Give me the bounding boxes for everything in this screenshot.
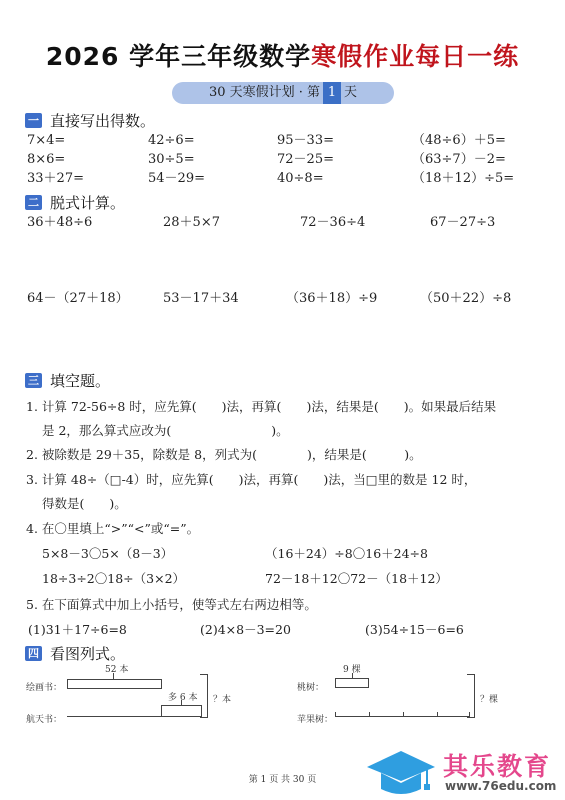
calc-row: 36＋48÷6 28＋5×7 72－36÷4 67－27÷3 <box>0 214 565 232</box>
day-number: 1 <box>323 82 341 104</box>
row-label: 绘画书： <box>26 680 62 693</box>
section-title: 填空题。 <box>50 370 110 391</box>
day-plan-badge: 30 天寒假计划 · 第1天 <box>172 82 394 104</box>
problem: 64－（27＋18） <box>27 290 129 308</box>
problem: 53－17＋34 <box>163 290 239 308</box>
calc-row: 64－（27＋18） 53－17＋34 （36＋18）÷9 （50＋22）÷8 <box>0 290 565 308</box>
problem: 36＋48÷6 <box>27 214 92 232</box>
compare-item: 72－18＋12〇72－（18＋12） <box>265 570 448 588</box>
problem: 72－36÷4 <box>300 214 365 232</box>
section-3-header: 三 填空题。 <box>25 370 110 390</box>
total-label: ？棵 <box>480 692 498 705</box>
total-brace <box>200 674 208 718</box>
section-title: 看图列式。 <box>50 643 125 664</box>
question-1-line-1: 1. 计算 72-56÷8 时，应先算( )法，再算( )法，结果是( )。如果… <box>26 398 496 416</box>
graduation-cap-icon <box>365 745 440 797</box>
section-4-header: 四 看图列式。 <box>25 643 125 663</box>
problem: 8×6= <box>27 151 65 169</box>
compare-item: 5×8－3〇5×（8－3） <box>42 545 173 563</box>
tick <box>335 712 336 717</box>
section-2-header: 二 脱式计算。 <box>25 192 125 212</box>
problem: 30÷5= <box>148 151 195 169</box>
problem: 33＋27= <box>27 170 84 188</box>
problem: 67－27÷3 <box>430 214 495 232</box>
question-3-line-1: 3. 计算 48÷（□-4）时，应先算( )法，再算( )法，当□里的数是 12… <box>26 471 476 489</box>
problem: 40÷8= <box>277 170 324 188</box>
painting-book-bar <box>67 679 162 689</box>
problem: （63÷7）－2= <box>412 151 506 169</box>
problem: 54－29= <box>148 170 205 188</box>
brand-logo: 其乐教育 www.76edu.com <box>365 745 565 800</box>
pill-suffix: 天 <box>344 85 357 100</box>
bracket-item: (1)31＋17÷6=8 <box>28 621 127 639</box>
bracket-item: (2)4×8－3=20 <box>200 621 291 639</box>
logo-name: 其乐教育 <box>443 747 551 783</box>
compare-item: 18÷3÷2〇18÷（3×2） <box>42 570 185 588</box>
total-brace <box>467 674 475 718</box>
calc-row: 7×4= 42÷6= 95－33= （48÷6）＋5= <box>0 132 565 150</box>
section-title: 脱式计算。 <box>50 192 125 213</box>
row-label: 航天书： <box>26 712 62 725</box>
section-number-icon: 一 <box>25 113 42 128</box>
calc-row: 8×6= 30÷5= 72－25= （63÷7）－2= <box>0 151 565 169</box>
row-label: 桃树： <box>297 680 324 693</box>
extra-segment <box>161 705 202 717</box>
title-black-part: 2026 学年三年级数学 <box>46 42 311 71</box>
problem: 72－25= <box>277 151 334 169</box>
question-3-line-2: 得数是( )。 <box>42 495 127 513</box>
calc-row: 33＋27= 54－29= 40÷8= （18＋12）÷5= <box>0 170 565 188</box>
section-number-icon: 二 <box>25 195 42 210</box>
question-4-title: 4. 在〇里填上“>”“<”或“=”。 <box>26 520 199 538</box>
problem: （18＋12）÷5= <box>412 170 514 188</box>
pill-prefix: 30 天寒假计划 · 第 <box>209 85 320 100</box>
problem: 95－33= <box>277 132 334 150</box>
tick <box>437 712 438 717</box>
bracket-item: (3)54÷15－6=6 <box>365 621 464 639</box>
total-label: ？本 <box>213 692 231 705</box>
section-number-icon: 三 <box>25 373 42 388</box>
page-title: 2026 学年三年级数学寒假作业每日一练 <box>0 40 565 74</box>
problem: 28＋5×7 <box>163 214 220 232</box>
problem: （50＋22）÷8 <box>420 290 511 308</box>
problem: 42÷6= <box>148 132 195 150</box>
problem: （36＋18）÷9 <box>286 290 377 308</box>
section-number-icon: 四 <box>25 646 42 661</box>
logo-url: www.76edu.com <box>445 779 556 793</box>
title-red-part: 寒假作业每日一练 <box>311 42 519 71</box>
question-2: 2. 被除数是 29＋35，除数是 8，列式为( )，结果是( )。 <box>26 446 422 464</box>
section-title: 直接写出得数。 <box>50 110 155 131</box>
question-1-line-2: 是 2，那么算式应改为( )。 <box>42 422 289 440</box>
extra-label: 多 6 本 <box>168 690 197 703</box>
row-label: 苹果树： <box>297 712 333 725</box>
tick <box>403 712 404 717</box>
problem: （48÷6）＋5= <box>412 132 506 150</box>
question-5-title: 5. 在下面算式中加上小括号，使等式左右两边相等。 <box>26 596 317 614</box>
problem: 7×4= <box>27 132 65 150</box>
compare-item: （16＋24）÷8〇16＋24÷8 <box>265 545 428 563</box>
diagram-top-label: 52 本 <box>105 662 128 675</box>
section-1-header: 一 直接写出得数。 <box>25 110 155 130</box>
peach-tree-bar <box>335 678 369 688</box>
tick <box>369 712 370 717</box>
